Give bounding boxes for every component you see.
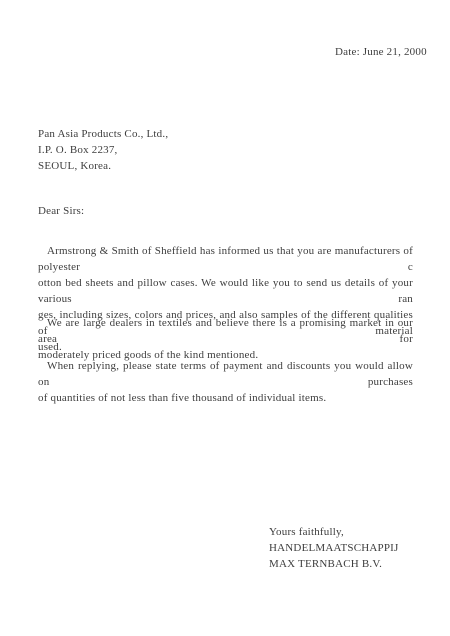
salutation: Dear Sirs: (38, 203, 84, 219)
date-line: Date: June 21, 2000 (335, 44, 427, 60)
paragraph-line: Armstrong & Smith of Sheffield has infor… (38, 243, 413, 275)
recipient-address: Pan Asia Products Co., Ltd., I.P. O. Box… (38, 126, 168, 174)
paragraph-line: When replying, please state terms of pay… (38, 358, 413, 390)
closing-valediction: Yours faithfully, (269, 524, 399, 540)
closing-block: Yours faithfully, HANDELMAATSCHAPPIJ MAX… (269, 524, 399, 572)
body-paragraph-3: When replying, please state terms of pay… (38, 358, 413, 406)
address-line-pobox: I.P. O. Box 2237, (38, 142, 168, 158)
signature-company: HANDELMAATSCHAPPIJ (269, 540, 399, 556)
signature-name: MAX TERNBACH B.V. (269, 556, 399, 572)
paragraph-line: of quantities of not less than five thou… (38, 390, 413, 406)
address-line-company: Pan Asia Products Co., Ltd., (38, 126, 168, 142)
letter-page: Date: June 21, 2000 Pan Asia Products Co… (0, 0, 450, 636)
address-line-city: SEOUL, Korea. (38, 158, 168, 174)
paragraph-line: We are large dealers in textiles and bel… (38, 315, 413, 347)
body-paragraph-2: We are large dealers in textiles and bel… (38, 315, 413, 363)
paragraph-line: otton bed sheets and pillow cases. We wo… (38, 275, 413, 307)
